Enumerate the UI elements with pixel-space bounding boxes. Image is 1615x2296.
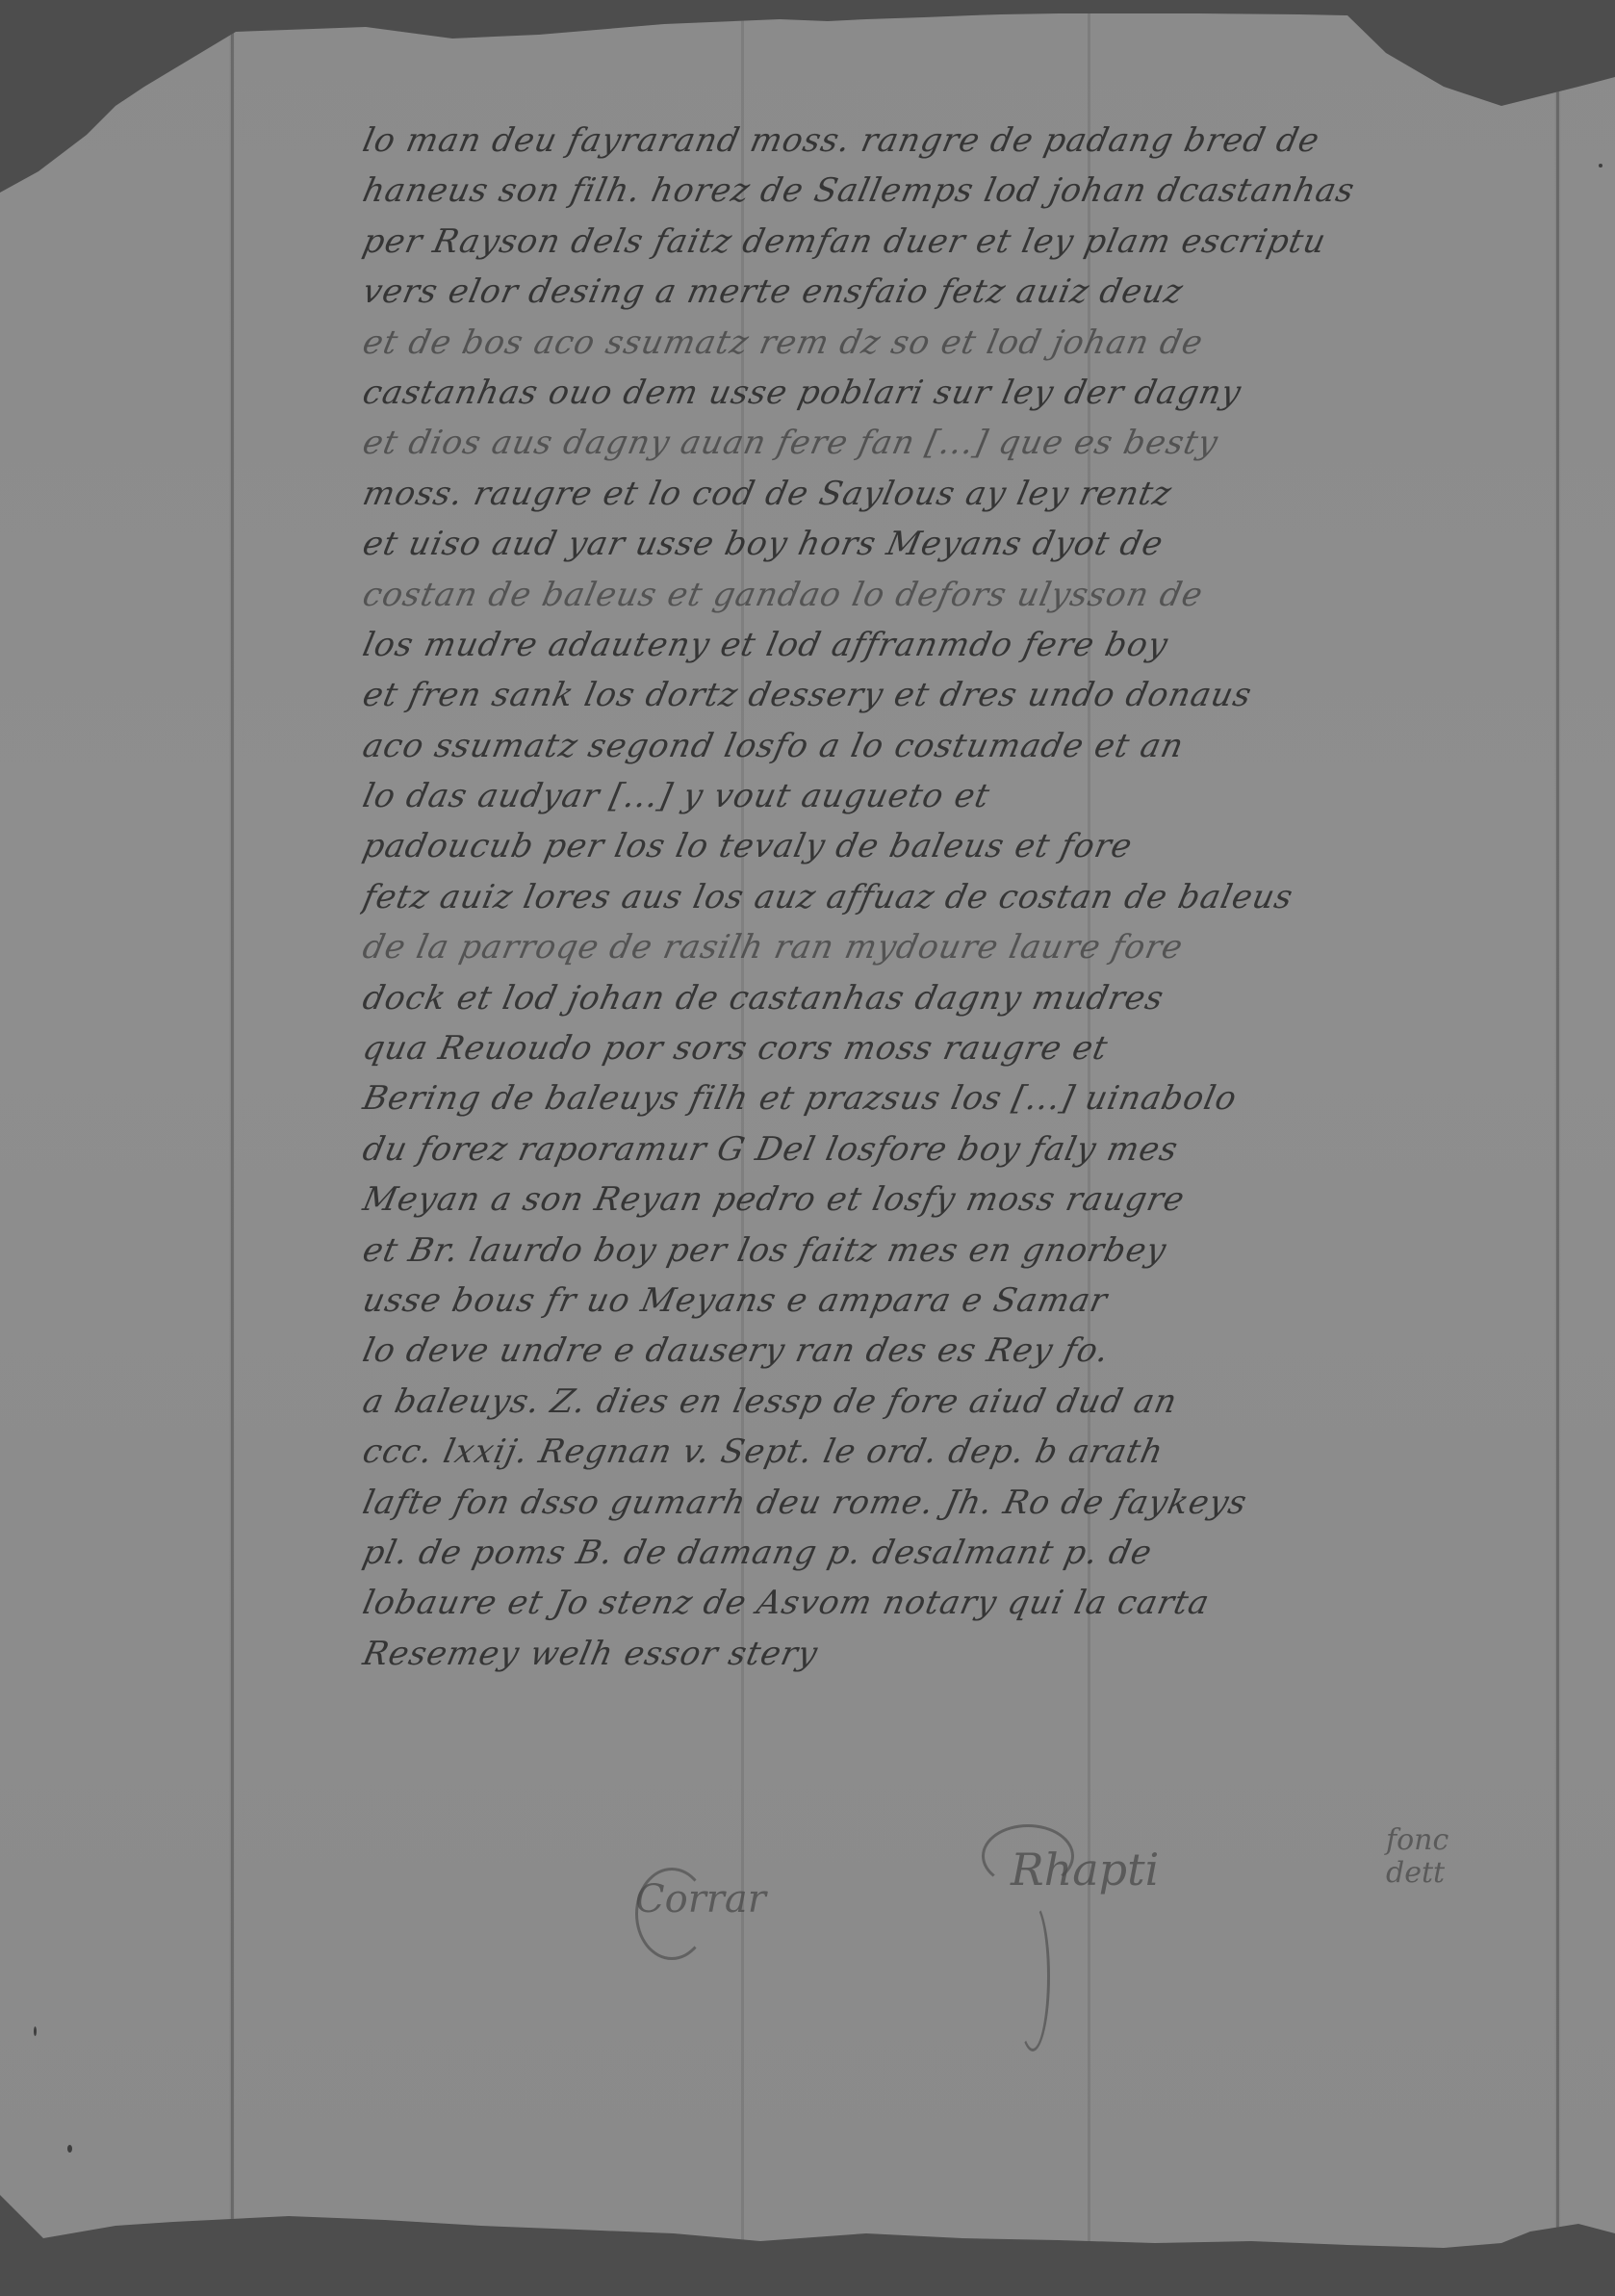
ink-speck xyxy=(34,2026,37,2036)
text-line: vers elor desing a merte ensfaio fetz au… xyxy=(358,267,1475,317)
signature: Rhapti xyxy=(1011,1844,1159,1896)
text-line: qua Reuoudo por sors cors moss raugre et xyxy=(358,1023,1475,1073)
text-line: lo das audyar [...] y vout augueto et xyxy=(358,771,1475,821)
fold-line xyxy=(1556,0,1559,2296)
signature: fonc dett xyxy=(1386,1824,1501,1890)
text-line: de la parroqe de rasilh ran mydoure laur… xyxy=(358,922,1475,972)
paper-sheet: lo man deu fayrarand moss. rangre de pad… xyxy=(0,0,1615,2296)
text-line: lo deve undre e dausery ran des es Rey f… xyxy=(358,1326,1475,1376)
text-line: et dios aus dagny auan fere fan [...] qu… xyxy=(358,418,1475,468)
text-line: haneus son filh. horez de Sallemps lod j… xyxy=(358,166,1475,216)
text-line: et de bos aco ssumatz rem dz so et lod j… xyxy=(358,318,1475,368)
ink-speck xyxy=(1599,164,1602,168)
text-line: Bering de baleuys filh et prazsus los [.… xyxy=(358,1073,1475,1123)
manuscript-photo: lo man deu fayrarand moss. rangre de pad… xyxy=(0,0,1615,2296)
signature-flourish xyxy=(1015,1901,1050,2051)
text-line: du forez raporamur G Del losfore boy fal… xyxy=(358,1124,1475,1174)
text-line: per Rayson dels faitz demfan duer et ley… xyxy=(358,217,1475,267)
text-line: aco ssumatz segond losfo a lo costumade … xyxy=(358,721,1475,771)
text-line: pl. de poms B. de damang p. desalmant p.… xyxy=(358,1528,1475,1578)
text-line: et Br. laurdo boy per los faitz mes en g… xyxy=(358,1225,1475,1276)
text-line: castanhas ouo dem usse poblari sur ley d… xyxy=(358,368,1475,418)
text-line: costan de baleus et gandao lo defors uly… xyxy=(358,570,1475,620)
text-line: a baleuys. Z. dies en lessp de fore aiud… xyxy=(358,1377,1475,1427)
text-line: padoucub per los lo tevaly de baleus et … xyxy=(358,821,1475,871)
ink-speck xyxy=(67,2145,72,2153)
text-line: Resemey welh essor stery xyxy=(358,1629,1475,1679)
text-line: los mudre adauteny et lod affranmdo fere… xyxy=(358,620,1475,670)
text-line: usse bous fr uo Meyans e ampara e Samar xyxy=(358,1276,1475,1326)
text-line: moss. raugre et lo cod de Saylous ay ley… xyxy=(358,469,1475,519)
signature-area: Corrar Rhapti fonc dett xyxy=(635,1824,1501,2075)
text-line: dock et lod johan de castanhas dagny mud… xyxy=(358,973,1475,1023)
text-line: lafte fon dsso gumarh deu rome. Jh. Ro d… xyxy=(358,1478,1475,1528)
manuscript-text-block: lo man deu fayrarand moss. rangre de pad… xyxy=(358,116,1465,1679)
text-line: Meyan a son Reyan pedro et losfy moss ra… xyxy=(358,1174,1475,1225)
signature: Corrar xyxy=(635,1877,766,1922)
text-line: et uiso aud yar usse boy hors Meyans dyo… xyxy=(358,519,1475,569)
text-line: lo man deu fayrarand moss. rangre de pad… xyxy=(358,116,1475,166)
text-line: ccc. lxxij. Regnan v. Sept. le ord. dep.… xyxy=(358,1427,1475,1477)
text-line: fetz auiz lores aus los auz affuaz de co… xyxy=(358,872,1475,922)
text-line: lobaure et Jo stenz de Asvom notary qui … xyxy=(358,1578,1475,1628)
text-line: et fren sank los dortz dessery et dres u… xyxy=(358,670,1475,720)
fold-line xyxy=(231,0,234,2296)
